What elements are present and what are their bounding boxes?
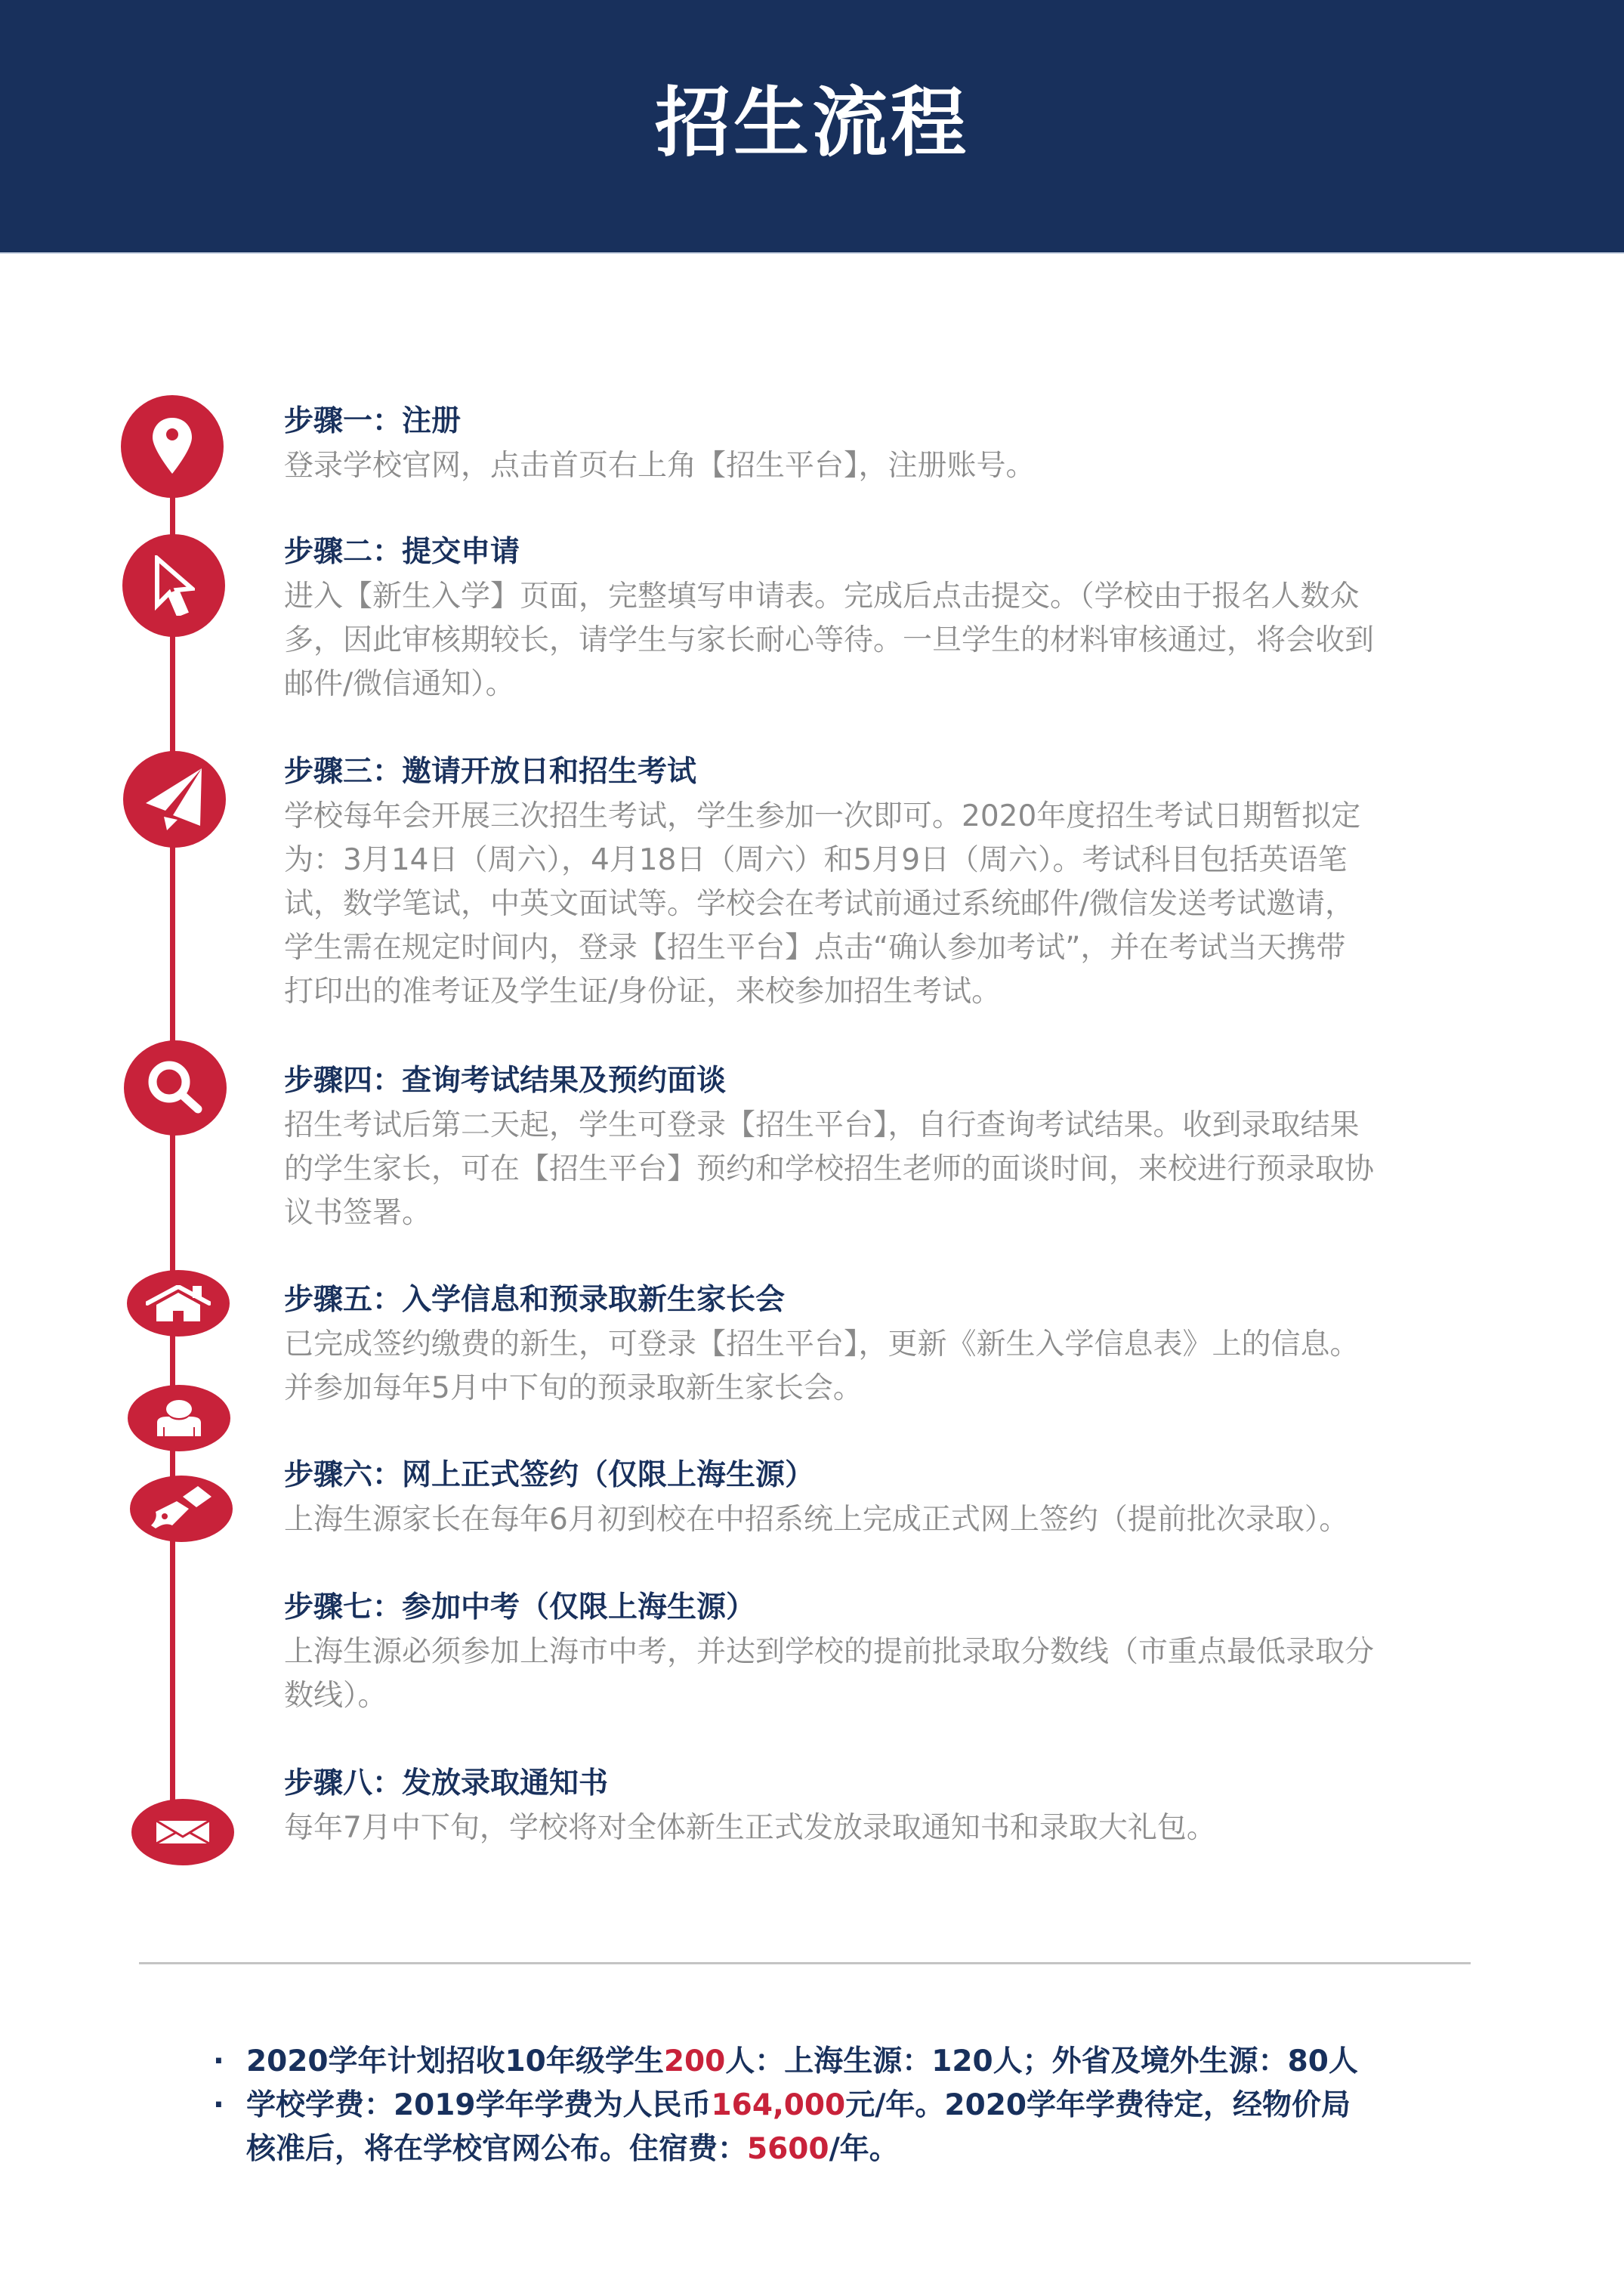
step-4-badge — [124, 1040, 227, 1136]
step-title: 步骤五：入学信息和预录取新生家长会 — [284, 1279, 1477, 1321]
house-icon — [146, 1285, 211, 1321]
user-person-icon — [154, 1400, 204, 1436]
step-body-line: 的学生家长，可在【招生平台】预约和学校招生老师的面谈时间，来校进行预录取协 — [284, 1148, 1477, 1191]
step-body-line: 多，因此审核期较长，请学生与家长耐心等待。一旦学生的材料审核通过，将会收到 — [284, 619, 1477, 663]
step-body: 上海生源必须参加上海市中考，并达到学校的提前批录取分数线（市重点最低录取分 数线… — [284, 1630, 1477, 1718]
bullet: · — [213, 2084, 224, 2128]
enrollment-text: 2020学年计划招收10年级学生 — [246, 2044, 664, 2078]
step-body-line: 学生需在规定时间内，登录【招生平台】点击“确认参加考试”，并在考试当天携带 — [284, 926, 1477, 970]
paper-plane-icon — [144, 767, 205, 832]
step-body-line: 招生考试后第二天起，学生可登录【招生平台】，自行查询考试结果。收到录取结果 — [284, 1104, 1477, 1148]
step-8: 步骤八：发放录取通知书 每年7月中下旬，学校将对全体新生正式发放录取通知书和录取… — [284, 1763, 1477, 1850]
map-pin-icon — [150, 416, 195, 477]
step-title: 步骤八：发放录取通知书 — [284, 1763, 1477, 1805]
enrollment-plan: · 2020学年计划招收10年级学生200人：上海生源：120人；外省及境外生源… — [204, 2040, 1533, 2084]
page-title: 招生流程 — [0, 78, 1624, 168]
step-5-badge — [127, 1270, 230, 1337]
timeline-connector — [170, 484, 175, 1813]
step-body-line: 试，数学笔试，中英文面试等。学校会在考试前通过系统邮件/微信发送考试邀请， — [284, 882, 1477, 926]
step-body-line: 打印出的准考证及学生证/身份证，来校参加招生考试。 — [284, 970, 1477, 1014]
envelope-mail-icon — [156, 1820, 210, 1844]
boarding-text: /年。 — [829, 2132, 899, 2166]
tuition-text: 元/年。2020学年学费待定，经物价局 — [845, 2088, 1351, 2122]
step-4: 步骤四：查询考试结果及预约面谈 招生考试后第二天起，学生可登录【招生平台】，自行… — [284, 1060, 1477, 1235]
fountain-pen-icon — [150, 1486, 213, 1531]
step-body-line: 学校每年会开展三次招生考试，学生参加一次即可。2020年度招生考试日期暂拟定 — [284, 795, 1477, 839]
step-body: 登录学校官网，点击首页右上角【招生平台】，注册账号。 — [284, 444, 1477, 488]
boarding-text: 核准后，将在学校官网公布。住宿费： — [246, 2132, 747, 2166]
admission-summary: · 2020学年计划招收10年级学生200人：上海生源：120人；外省及境外生源… — [204, 2040, 1533, 2171]
step-body-line: 议书签署。 — [284, 1191, 1477, 1235]
step-5: 步骤五：入学信息和预录取新生家长会 已完成签约缴费的新生，可登录【招生平台】，更… — [284, 1279, 1477, 1411]
step-1-badge — [121, 395, 224, 498]
step-title: 步骤二：提交申请 — [284, 531, 1477, 573]
step-6-badge — [128, 1385, 230, 1451]
tuition-info: · 学校学费：2019学年学费为人民币164,000元/年。2020学年学费待定… — [204, 2084, 1533, 2171]
step-body: 上海生源家长在每年6月初到校在中招系统上完成正式网上签约（提前批次录取）。 — [284, 1498, 1477, 1542]
step-body: 进入【新生入学】页面，完整填写申请表。完成后点击提交。（学校由于报名人数众 多，… — [284, 575, 1477, 706]
header-banner: 招生流程 — [0, 0, 1624, 254]
step-title: 步骤三：邀请开放日和招生考试 — [284, 751, 1477, 793]
step-title: 步骤七：参加中考（仅限上海生源） — [284, 1587, 1477, 1629]
step-body: 学校每年会开展三次招生考试，学生参加一次即可。2020年度招生考试日期暂拟定 为… — [284, 795, 1477, 1014]
boarding-fee: 5600 — [747, 2132, 829, 2166]
enrollment-breakdown: 人：上海生源：120人；外省及境外生源：80人 — [725, 2044, 1358, 2078]
enrollment-total: 200 — [664, 2044, 725, 2078]
section-divider — [139, 1962, 1471, 1964]
step-body-line: 为：3月14日（周六），4月18日（周六）和5月9日（周六）。考试科目包括英语笔 — [284, 839, 1477, 882]
step-2-badge — [122, 534, 225, 637]
step-body-line: 已完成签约缴费的新生，可登录【招生平台】，更新《新生入学信息表》上的信息。 — [284, 1323, 1477, 1367]
step-body-line: 登录学校官网，点击首页右上角【招生平台】，注册账号。 — [284, 444, 1477, 488]
step-body-line: 进入【新生入学】页面，完整填写申请表。完成后点击提交。（学校由于报名人数众 — [284, 575, 1477, 619]
step-1: 步骤一：注册 登录学校官网，点击首页右上角【招生平台】，注册账号。 — [284, 400, 1477, 488]
step-body: 已完成签约缴费的新生，可登录【招生平台】，更新《新生入学信息表》上的信息。 并参… — [284, 1323, 1477, 1411]
cursor-arrow-icon — [153, 555, 195, 616]
magnifier-search-icon — [147, 1059, 204, 1117]
step-body-line: 数线）。 — [284, 1674, 1477, 1718]
step-3-badge — [123, 751, 226, 848]
step-2: 步骤二：提交申请 进入【新生入学】页面，完整填写申请表。完成后点击提交。（学校由… — [284, 531, 1477, 706]
step-7-badge — [130, 1476, 233, 1542]
step-8-badge — [131, 1799, 234, 1865]
step-body-line: 上海生源家长在每年6月初到校在中招系统上完成正式网上签约（提前批次录取）。 — [284, 1498, 1477, 1542]
step-body: 招生考试后第二天起，学生可登录【招生平台】，自行查询考试结果。收到录取结果 的学… — [284, 1104, 1477, 1235]
step-7: 步骤七：参加中考（仅限上海生源） 上海生源必须参加上海市中考，并达到学校的提前批… — [284, 1587, 1477, 1718]
step-6: 步骤六：网上正式签约（仅限上海生源） 上海生源家长在每年6月初到校在中招系统上完… — [284, 1454, 1477, 1542]
step-body-line: 邮件/微信通知）。 — [284, 663, 1477, 706]
bullet: · — [213, 2040, 224, 2084]
step-title: 步骤一：注册 — [284, 400, 1477, 443]
step-3: 步骤三：邀请开放日和招生考试 学校每年会开展三次招生考试，学生参加一次即可。20… — [284, 751, 1477, 1014]
tuition-amount: 164,000 — [712, 2088, 846, 2122]
step-body-line: 每年7月中下旬，学校将对全体新生正式发放录取通知书和录取大礼包。 — [284, 1806, 1477, 1850]
step-title: 步骤四：查询考试结果及预约面谈 — [284, 1060, 1477, 1102]
step-body-line: 上海生源必须参加上海市中考，并达到学校的提前批录取分数线（市重点最低录取分 — [284, 1630, 1477, 1674]
step-title: 步骤六：网上正式签约（仅限上海生源） — [284, 1454, 1477, 1497]
tuition-text: 学校学费：2019学年学费为人民币 — [246, 2088, 712, 2122]
step-body: 每年7月中下旬，学校将对全体新生正式发放录取通知书和录取大礼包。 — [284, 1806, 1477, 1850]
step-body-line: 并参加每年5月中下旬的预录取新生家长会。 — [284, 1367, 1477, 1411]
